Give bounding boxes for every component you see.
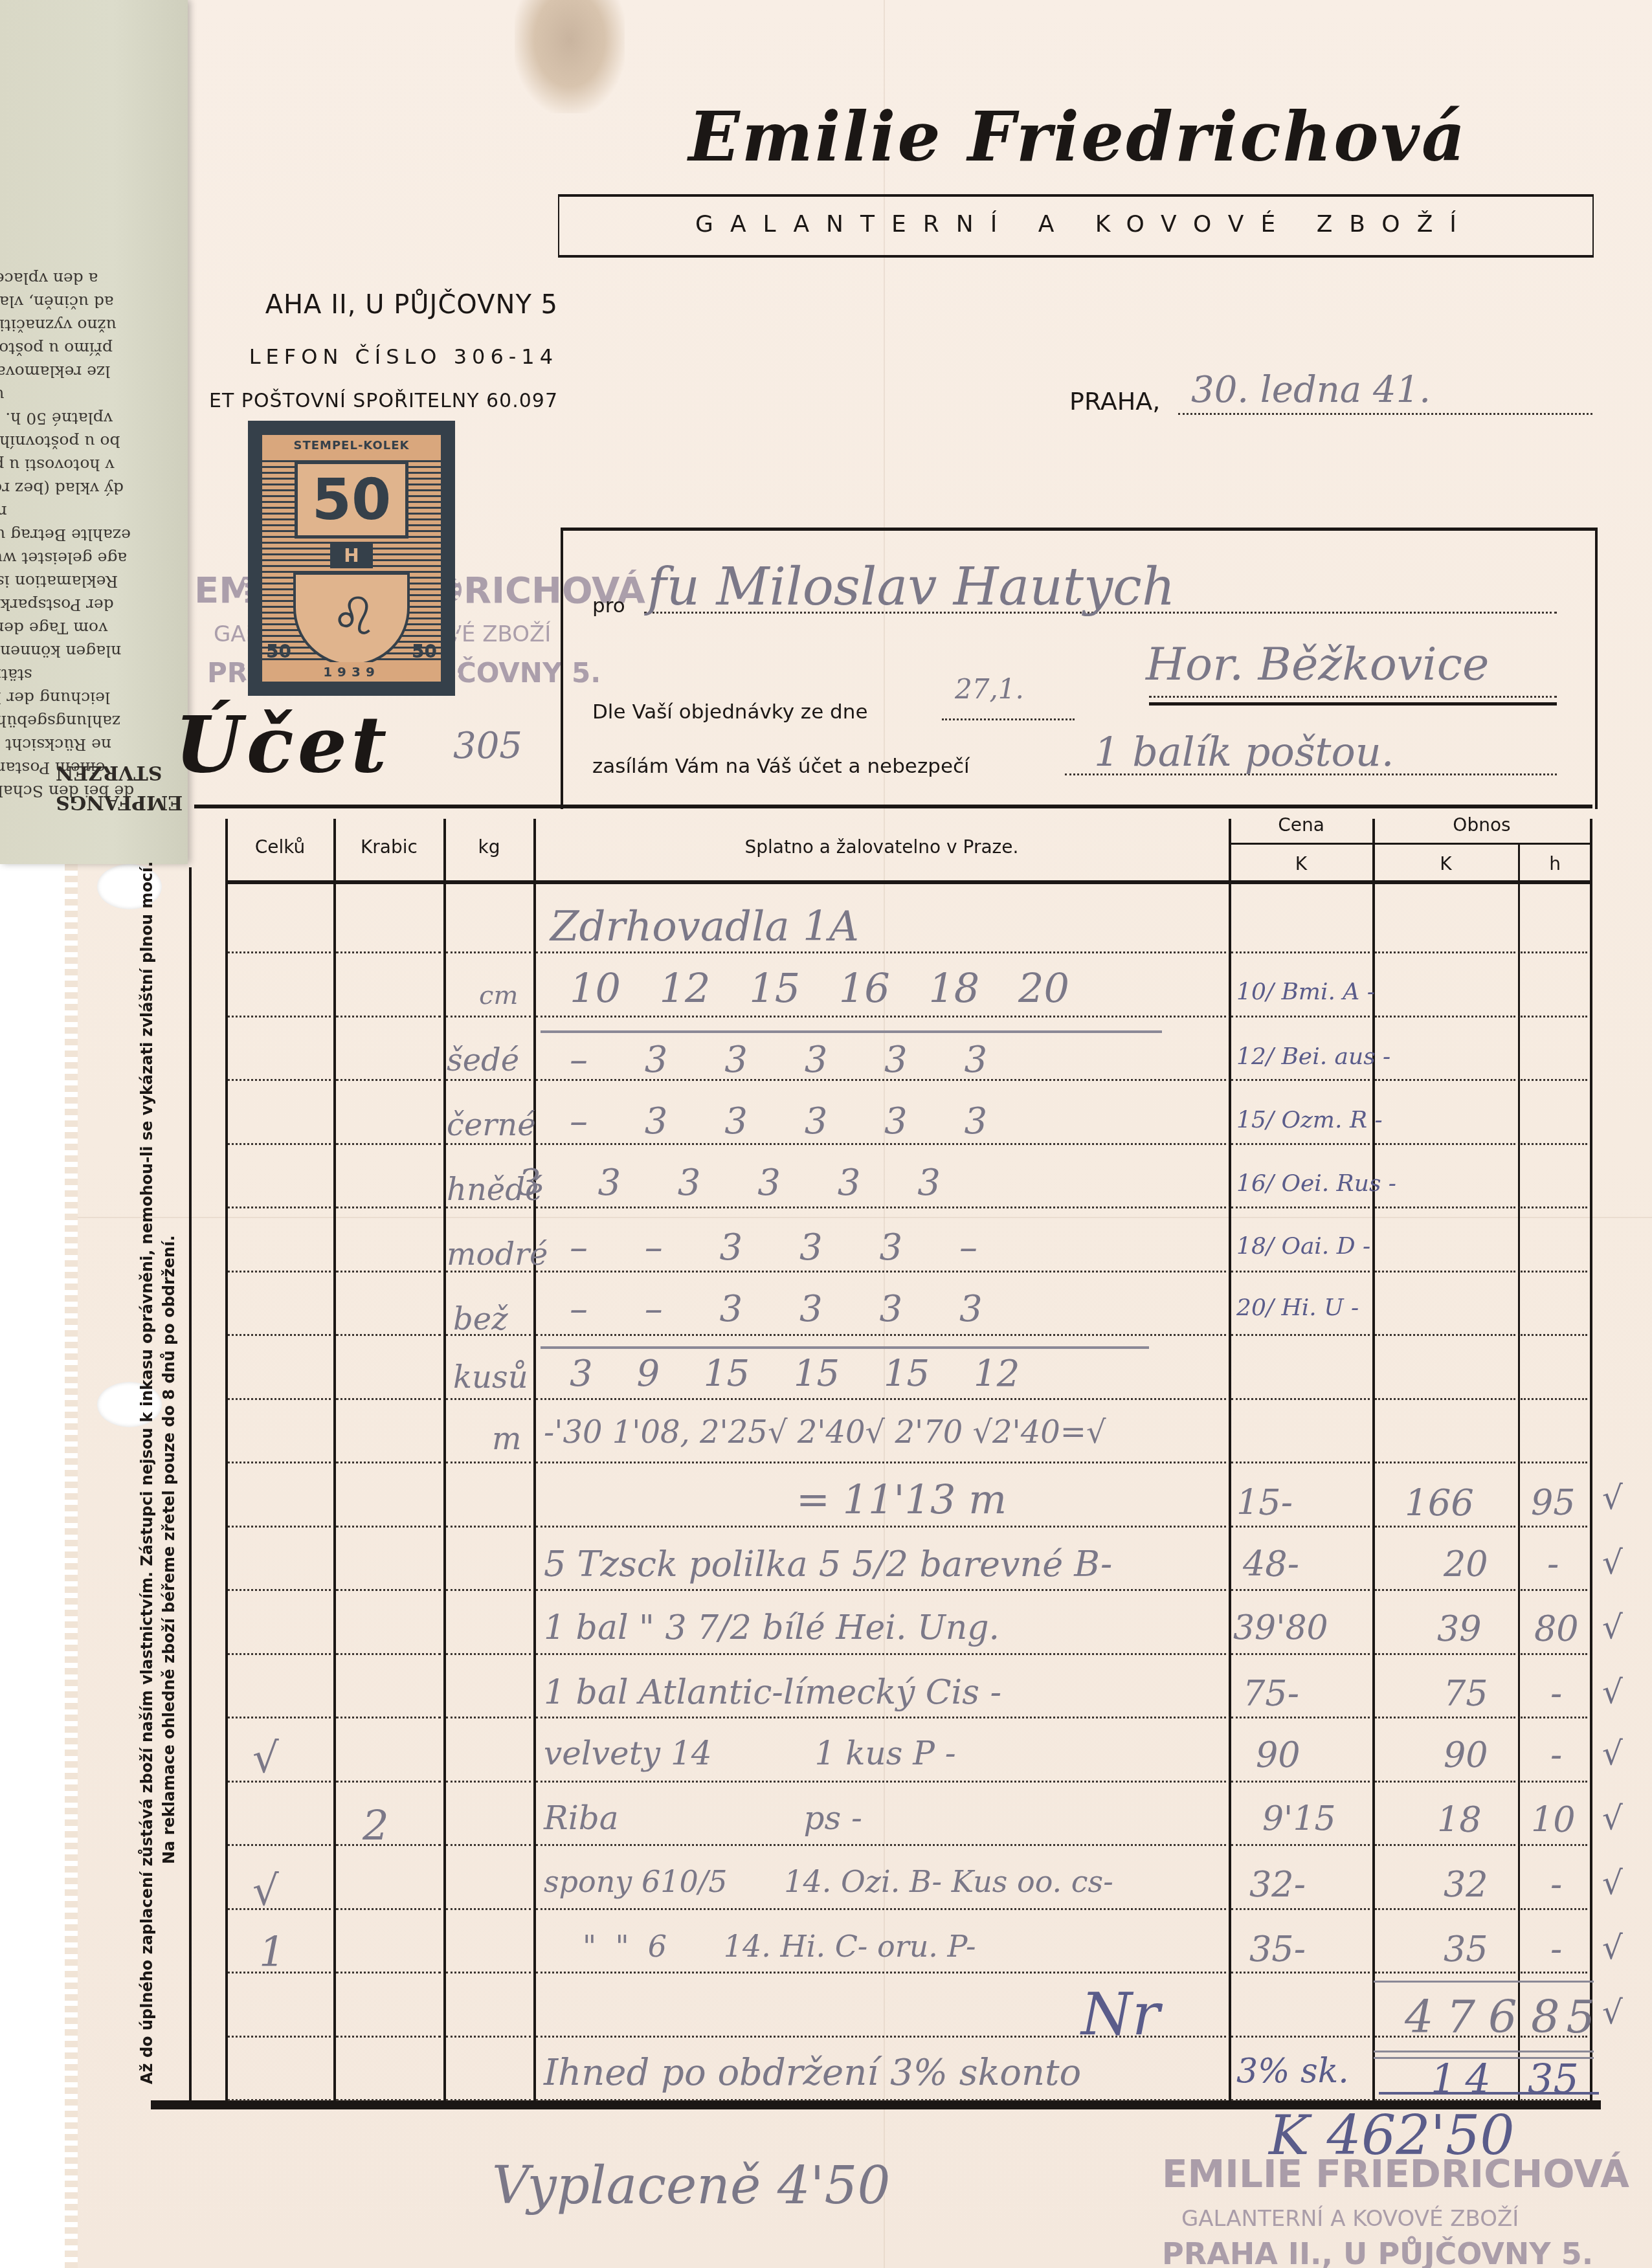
row-description: – 3 3 3 3 3 <box>570 1100 987 1142</box>
strip-line: ren. <box>0 500 188 523</box>
row-divider <box>336 1143 441 1145</box>
row-divider <box>1375 1908 1515 1910</box>
row-divider <box>228 2036 331 2038</box>
row-divider <box>446 1398 531 1400</box>
row-divider <box>1231 2036 1370 2038</box>
row-divider <box>446 1653 531 1655</box>
row-divider <box>536 1908 1226 1910</box>
row-divider <box>1521 1079 1587 1081</box>
row-divider <box>1231 1717 1370 1718</box>
row-amount-k: 75 <box>1444 1673 1488 1714</box>
row-divider <box>336 1653 441 1655</box>
row-divider <box>228 951 331 953</box>
row-divider <box>1231 1079 1370 1081</box>
row-amount-h: - <box>1550 1929 1562 1970</box>
row-price: 9'15 <box>1262 1799 1336 1838</box>
row-divider <box>1375 951 1515 953</box>
row-divider <box>1521 1589 1587 1591</box>
paid-note: Vyplaceně 4'50 <box>492 2155 890 2216</box>
invoice-number: 305 <box>453 725 522 767</box>
paper-fold-horizontal <box>0 1217 1652 1218</box>
revenue-stamp-unit: H <box>330 544 373 568</box>
row-price: 12/ Bei. aus - <box>1236 1043 1390 1070</box>
row-divider <box>1521 1653 1587 1655</box>
document-title: Účet <box>175 699 391 790</box>
shield-icon: ♌ <box>293 572 410 666</box>
row-amount-k: 39 <box>1437 1608 1482 1649</box>
footer-stamp-line-2: GALANTERNÍ A KOVOVÉ ZBOŽÍ <box>1181 2206 1519 2232</box>
row-divider <box>336 951 441 953</box>
row-divider <box>1231 1398 1370 1400</box>
company-phone: LEFON ČÍSLO 306-14 <box>249 344 558 369</box>
row-divider <box>1375 1143 1515 1145</box>
row-description: -'30 1'08, 2'25√ 2'40√ 2'70 √2'40=√ <box>544 1414 1106 1451</box>
price-subheader-rule <box>1230 843 1592 845</box>
check-mark-icon: √ <box>1602 1544 1623 1581</box>
strip-line: ad učiněn, vlastn <box>0 290 188 313</box>
row-divider <box>1231 951 1370 953</box>
row-divider <box>1521 951 1587 953</box>
row-divider <box>1521 1908 1587 1910</box>
row-divider <box>336 2099 441 2101</box>
row-divider <box>1375 1844 1515 1846</box>
strip-line: dý vklad (bez rozo <box>0 476 188 500</box>
discount-k: 14 <box>1431 2055 1500 2102</box>
strip-line: uje. <box>0 383 188 406</box>
row-divider <box>446 1079 531 1081</box>
row-divider <box>446 951 531 953</box>
row-amount-k: 32 <box>1444 1864 1488 1905</box>
perforated-edge <box>65 864 78 2268</box>
row-divider <box>536 1781 1226 1783</box>
row-amount-k: 18 <box>1437 1799 1482 1840</box>
row-divider <box>446 1844 531 1846</box>
header-obnos-h: h <box>1520 853 1590 874</box>
revenue-stamp-corner-left: 50 <box>266 641 291 662</box>
row-description: 3 9 15 15 15 12 <box>570 1353 1020 1395</box>
row-color: šedé <box>447 1042 519 1078</box>
strip-line: přímo u poštovní <box>0 337 188 360</box>
row-celku: 1 <box>259 1929 285 1977</box>
strip-line: age geleistet wurd <box>0 546 188 570</box>
check-mark-icon: √ <box>1602 1799 1623 1837</box>
check-mark-icon: √ <box>1602 1929 1623 1966</box>
footer-stamp-line-1: EMILIE FRIEDRICHOVÁ <box>1162 2152 1629 2196</box>
discount-note: Ihned po obdržení 3% skonto <box>544 2052 1081 2094</box>
row-description: = 11'13 m <box>796 1476 1007 1523</box>
row-price: 16/ Oei. Rus - <box>1236 1170 1396 1197</box>
recipient-place: Hor. Běžkovice <box>1146 638 1489 691</box>
row-divider <box>336 1398 441 1400</box>
row-description: Zdrhovadla 1A <box>550 903 859 951</box>
row-color: bež <box>453 1301 508 1337</box>
scan-background <box>0 864 71 2268</box>
row-divider <box>1521 1206 1587 1208</box>
row-divider <box>1231 1143 1370 1145</box>
check-mark-icon: √ <box>1602 1673 1623 1711</box>
row-divider <box>1521 1143 1587 1145</box>
row-description: velvety 14 1 kus P - <box>544 1735 956 1772</box>
row-divider <box>228 1526 331 1528</box>
row-divider <box>536 1016 1226 1017</box>
row-divider <box>1521 1334 1587 1336</box>
row-divider <box>1231 1844 1370 1846</box>
row-price: 10/ Bmi. A - <box>1236 979 1375 1005</box>
row-amount-h: - <box>1550 1673 1562 1714</box>
row-description: – 3 3 3 3 3 <box>570 1039 987 1081</box>
strip-line: der Postsparkass <box>0 593 188 616</box>
row-divider <box>228 1717 331 1718</box>
row-amount-k: 166 <box>1405 1482 1474 1524</box>
row-divider <box>536 1462 1226 1463</box>
subtotal-k: 476 <box>1405 1990 1530 2043</box>
row-divider <box>336 1526 441 1528</box>
row-price: 90 <box>1256 1735 1300 1775</box>
shipping-method: 1 balík poštou. <box>1094 728 1394 775</box>
receipt-strip-heading: EMPFANGS STVRZEN <box>56 757 183 817</box>
receipt-strip: de bei den Schalter einem Postamte ne Rü… <box>0 0 188 864</box>
row-divider <box>536 1334 1226 1336</box>
strip-line: Reklamation ist d <box>0 570 188 593</box>
row-amount-k: 35 <box>1444 1929 1488 1970</box>
row-divider <box>1521 1462 1587 1463</box>
recipient-place-underline <box>1149 702 1557 706</box>
header-krabic: Krabic <box>335 836 443 858</box>
business-type: GALANTERNÍ A KOVOVÉ ZBOŽÍ <box>559 197 1592 252</box>
row-divider <box>1231 1016 1370 1017</box>
row-unit: kusů <box>453 1359 528 1395</box>
side-text-divider <box>189 867 192 2100</box>
row-price: 39'80 <box>1233 1608 1328 1647</box>
header-description: Splatno a žalovatelno v Praze. <box>535 836 1229 858</box>
header-kg: kg <box>445 836 533 858</box>
row-divider <box>1231 1526 1370 1528</box>
row-divider <box>336 1908 441 1910</box>
check-mark-icon: √ <box>1602 1994 1623 2031</box>
row-color: černé <box>447 1107 536 1143</box>
discount-h: 35 <box>1528 2055 1579 2102</box>
company-address: AHA II, U PŮJČOVNY 5 <box>265 290 558 320</box>
strip-line: nlagen können nu <box>0 639 188 663</box>
row-divider <box>228 1143 331 1145</box>
row-description: " " 6 14. Hi. C- oru. P- <box>583 1929 976 1964</box>
row-price: 75- <box>1243 1673 1299 1714</box>
row-divider <box>1375 1653 1515 1655</box>
row-divider <box>228 1398 331 1400</box>
total-underline <box>1379 2092 1599 2095</box>
header-obnos: Obnos <box>1374 814 1590 836</box>
strip-heading-2: EMPFANGS <box>56 787 183 817</box>
row-divider <box>336 1462 441 1463</box>
row-description: 10 12 15 16 18 20 <box>570 964 1069 1012</box>
check-mark-icon: √ <box>1602 1608 1623 1646</box>
row-divider <box>1375 1589 1515 1591</box>
row-description: 5 Tzsck polilka 5 5/2 barevné B- <box>544 1544 1112 1584</box>
row-divider <box>228 1844 331 1846</box>
strip-line: a den vplacení. <box>0 267 188 290</box>
header-cena: Cena <box>1230 814 1372 836</box>
row-divider <box>1231 1462 1370 1463</box>
row-amount-h: 80 <box>1534 1608 1579 1649</box>
row-divider <box>228 1653 331 1655</box>
row-divider <box>1375 1462 1515 1463</box>
row-divider <box>336 1016 441 1017</box>
row-divider <box>446 1781 531 1783</box>
strip-line: bo u poštovního ú <box>0 430 188 453</box>
row-divider <box>446 1526 531 1528</box>
row-divider <box>228 1271 331 1273</box>
row-amount-h: - <box>1547 1544 1559 1584</box>
row-divider <box>446 2099 531 2101</box>
row-divider <box>1231 1334 1370 1336</box>
row-divider <box>446 1972 531 1973</box>
row-divider <box>1375 1781 1515 1783</box>
strip-line: užno vyznačiti po <box>0 313 188 337</box>
row-divider <box>536 1717 1226 1718</box>
row-divider <box>1521 1781 1587 1783</box>
row-divider <box>1521 1398 1587 1400</box>
row-divider <box>336 1589 441 1591</box>
row-divider <box>446 1462 531 1463</box>
revenue-stamp: STEMPEL-KOLEK 50 H ♌ 1939 50 50 <box>248 421 455 696</box>
row-divider <box>446 1908 531 1910</box>
row-divider <box>536 1972 1226 1973</box>
row-color: modré <box>447 1236 548 1273</box>
row-divider <box>1231 1589 1370 1591</box>
strip-line: zahlungsgebühr v <box>0 709 188 733</box>
terms-line-2: Na reklamace ohledně zboží béřeme zřetel… <box>158 1087 180 2084</box>
row-divider <box>536 951 1226 953</box>
row-price: 18/ Oai. D - <box>1236 1233 1370 1260</box>
row-divider <box>1521 1844 1587 1846</box>
row-divider <box>536 1398 1226 1400</box>
row-divider <box>536 1844 1226 1846</box>
row-amount-h: 95 <box>1531 1482 1576 1523</box>
row-price: 32- <box>1249 1864 1306 1905</box>
header-obnos-k: K <box>1374 853 1518 874</box>
row-divider <box>228 1079 331 1081</box>
row-divider <box>446 1143 531 1145</box>
row-amount-h: - <box>1550 1735 1562 1775</box>
header-cena-k: K <box>1230 853 1372 874</box>
row-divider <box>1375 1526 1515 1528</box>
row-divider <box>446 1717 531 1718</box>
strip-line: vplatné 50 h. Zal <box>0 406 188 430</box>
revenue-stamp-value: 50 <box>295 461 408 539</box>
order-date-line <box>942 718 1075 720</box>
discount-double-rule <box>1374 2051 1594 2052</box>
header-celku: Celků <box>227 836 333 858</box>
revenue-stamp-header: STEMPEL-KOLEK <box>262 435 441 457</box>
row-divider <box>336 1334 441 1336</box>
business-type-box: GALANTERNÍ A KOVOVÉ ZBOŽÍ <box>558 194 1594 258</box>
row-divider <box>536 1206 1226 1208</box>
row-unit: m <box>492 1421 522 1457</box>
row-divider <box>1375 1717 1515 1718</box>
footer-stamp-line-3: PRAHA II., U PŮJČOVNY 5. <box>1162 2236 1593 2268</box>
row-divider <box>1231 1781 1370 1783</box>
row-divider <box>1375 1016 1515 1017</box>
strip-line: lze reklamovati j <box>0 360 188 383</box>
strip-line: leichung der Ein <box>0 686 188 709</box>
strip-line: ezahlte Betrag und <box>0 523 188 546</box>
row-krabic: 2 <box>363 1803 389 1851</box>
strip-line: ne Rücksicht auf <box>0 733 188 756</box>
revenue-stamp-year: 1939 <box>262 662 441 682</box>
column-divider <box>1518 845 1520 2100</box>
strip-heading-1: STVRZEN <box>56 757 183 787</box>
row-celku: √ <box>252 1867 279 1915</box>
column-divider <box>1590 819 1592 2100</box>
row-divider <box>536 2099 1226 2101</box>
terms-notice: Až do úplného zaplacení zůstává zboží na… <box>136 1087 180 2084</box>
row-divider <box>336 1972 441 1973</box>
row-price: 35- <box>1249 1929 1306 1970</box>
recipient-name: fu Miloslav Hautych <box>647 557 1175 617</box>
check-mark-icon: √ <box>1602 1479 1623 1517</box>
row-divider <box>336 1717 441 1718</box>
shipping-label: zasílám Vám na Váš účet a nebezpečí <box>592 755 970 778</box>
strip-line: v hotovosti u pok <box>0 453 188 476</box>
row-divider <box>1231 1653 1370 1655</box>
company-name: Emilie Friedrichová <box>557 97 1599 177</box>
row-divider <box>228 1781 331 1783</box>
recipient-place-line <box>1149 696 1557 698</box>
place-label: PRAHA, <box>1069 387 1160 416</box>
invoice-date: 30. ledna 41. <box>1191 369 1431 411</box>
sizes-underline <box>541 1030 1162 1033</box>
row-amount-k: 20 <box>1444 1544 1488 1584</box>
lion-icon: ♌ <box>328 584 380 649</box>
row-description: – – 3 3 3 3 <box>570 1288 983 1330</box>
subtotal-h: 85 <box>1531 1990 1602 2043</box>
row-divider <box>1231 1908 1370 1910</box>
subtotal-rule <box>1374 1981 1594 1983</box>
row-divider <box>336 1781 441 1783</box>
row-divider <box>446 1016 531 1017</box>
row-divider <box>228 1462 331 1463</box>
postal-account: ET POŠTOVNÍ SPOŘITELNY 60.097 <box>209 390 558 412</box>
row-divider <box>536 1143 1226 1145</box>
row-divider <box>336 1271 441 1273</box>
row-description: Nr <box>1081 1981 1160 2049</box>
revenue-stamp-corner-right: 50 <box>412 641 437 662</box>
row-divider <box>228 1908 331 1910</box>
row-divider <box>446 2036 531 2038</box>
row-divider <box>1375 1334 1515 1336</box>
order-date-label: Dle Vaší objednávky ze dne <box>592 700 867 724</box>
row-divider <box>536 1653 1226 1655</box>
row-divider <box>336 2036 441 2038</box>
quantities-underline <box>541 1346 1149 1349</box>
revenue-stamp-face: STEMPEL-KOLEK 50 H ♌ 1939 50 50 <box>262 435 441 682</box>
row-divider <box>1375 1271 1515 1273</box>
receipt-strip-text: de bei den Schalter einem Postamte ne Rü… <box>0 285 188 803</box>
check-mark-icon: √ <box>1602 1735 1623 1772</box>
row-divider <box>536 1589 1226 1591</box>
row-description: – – 3 3 3 – <box>570 1227 977 1269</box>
row-divider <box>228 2099 331 2101</box>
discount-rate: 3% sk. <box>1236 2052 1349 2091</box>
paper-stain <box>515 0 625 113</box>
row-divider <box>1231 2099 1370 2101</box>
row-description: 1 bal " 3 7/2 bílé Hei. Ung. <box>544 1608 999 1647</box>
row-divider <box>336 1079 441 1081</box>
row-divider <box>1521 1271 1587 1273</box>
row-description: Riba ps - <box>544 1799 862 1837</box>
row-description: 3 3 3 3 3 3 <box>518 1162 941 1204</box>
row-divider <box>336 1206 441 1208</box>
row-amount-h: 10 <box>1531 1799 1576 1840</box>
row-divider <box>228 1334 331 1336</box>
strip-line: stätigt. <box>0 663 188 686</box>
row-divider <box>1375 1079 1515 1081</box>
row-divider <box>1375 1972 1515 1973</box>
recipient-label: pro <box>592 594 625 617</box>
row-divider <box>1231 1206 1370 1208</box>
row-divider <box>1375 1398 1515 1400</box>
row-price: 15- <box>1236 1482 1293 1523</box>
row-divider <box>1521 1526 1587 1528</box>
table-top-rule <box>194 805 1592 808</box>
row-price: 15/ Ozm. R - <box>1236 1107 1383 1133</box>
row-amount-k: 90 <box>1444 1735 1488 1775</box>
row-divider <box>228 1016 331 1017</box>
row-unit: cm <box>479 981 518 1010</box>
row-divider <box>1375 1206 1515 1208</box>
row-description: spony 610/5 14. Ozi. B- Kus oo. cs- <box>544 1864 1113 1899</box>
row-divider <box>1521 1016 1587 1017</box>
order-date: 27,1. <box>955 673 1024 705</box>
strip-line: vom Tage der Ei <box>0 616 188 639</box>
check-mark-icon: √ <box>1602 1864 1623 1902</box>
row-divider <box>536 1526 1226 1528</box>
row-divider <box>1521 1717 1587 1718</box>
row-description: 1 bal Atlantic-límecký Cis - <box>544 1673 1001 1712</box>
row-divider <box>446 1589 531 1591</box>
row-price: 48- <box>1243 1544 1299 1584</box>
row-divider <box>1231 1271 1370 1273</box>
date-line <box>1178 413 1592 415</box>
row-divider <box>228 1206 331 1208</box>
row-celku: √ <box>252 1735 279 1783</box>
row-divider <box>228 1589 331 1591</box>
row-divider <box>536 1271 1226 1273</box>
row-divider <box>1231 1972 1370 1973</box>
row-amount-h: - <box>1550 1864 1562 1905</box>
row-divider <box>1521 1972 1587 1973</box>
terms-line-1: Až do úplného zaplacení zůstává zboží na… <box>136 1087 158 2084</box>
table-header-rule <box>227 880 1592 884</box>
row-price: 20/ Hi. U - <box>1236 1295 1359 1321</box>
